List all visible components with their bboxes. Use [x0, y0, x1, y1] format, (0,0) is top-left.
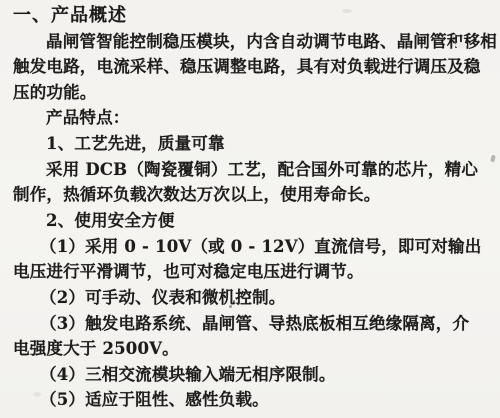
- text-line-item1-2: 电压进行平滑调节，也可对稳定电压进行调节。: [13, 262, 364, 282]
- text-line-overview-2: 触发电路，电流采样、稳压调整电路，具有对负载进行调压及稳: [13, 57, 481, 77]
- text-line-feature1-body-1: 采用 DCB（陶瓷覆铜）工艺，配合国外可靠的芯片，精心: [46, 160, 478, 180]
- text-line-item4: （4）三相交流模块输入端无相序限制。: [40, 365, 336, 385]
- text-line-overview-1: 晶闸管智能控制稳压模块，内含自动调节电路、晶闸管和移相: [46, 32, 497, 52]
- text-line-item3-1: （3）触发电路系统、晶闸管、导热底板相互绝缘隔离，介: [40, 314, 469, 334]
- text-line-feature2-title: 2、使用安全方便: [46, 211, 175, 231]
- text-line-features-label: 产品特点：: [46, 108, 130, 128]
- scan-speck: [120, 220, 126, 224]
- text-line-overview-3: 压的功能。: [13, 83, 97, 103]
- text-line-item2: （2）可手动、仪表和微机控制。: [40, 288, 285, 308]
- scan-speck: [229, 305, 232, 308]
- text-line-item5: （5）适应于阻性、感性负载。: [40, 390, 269, 410]
- scanned-page: 一、产品概述 晶闸管智能控制稳压模块，内含自动调节电路、晶闸管和移相 触发电路，…: [0, 0, 500, 418]
- text-line-item1-1: （1）采用 0 - 10V（或 0 - 12V）直流信号，即可对输出: [40, 237, 481, 257]
- scan-speck: [490, 155, 496, 163]
- scan-speck: [342, 9, 352, 13]
- section-heading: 一、产品概述: [13, 6, 127, 26]
- text-line-item3-2: 电强度大于 2500V。: [13, 339, 179, 359]
- scan-speck: [33, 392, 41, 397]
- scan-speck: [455, 42, 467, 48]
- text-line-feature1-body-2: 制作，热循环负载次数达万次以上，使用寿命长。: [13, 185, 380, 205]
- text-line-feature1-title: 1、工艺先进，质量可靠: [46, 134, 225, 154]
